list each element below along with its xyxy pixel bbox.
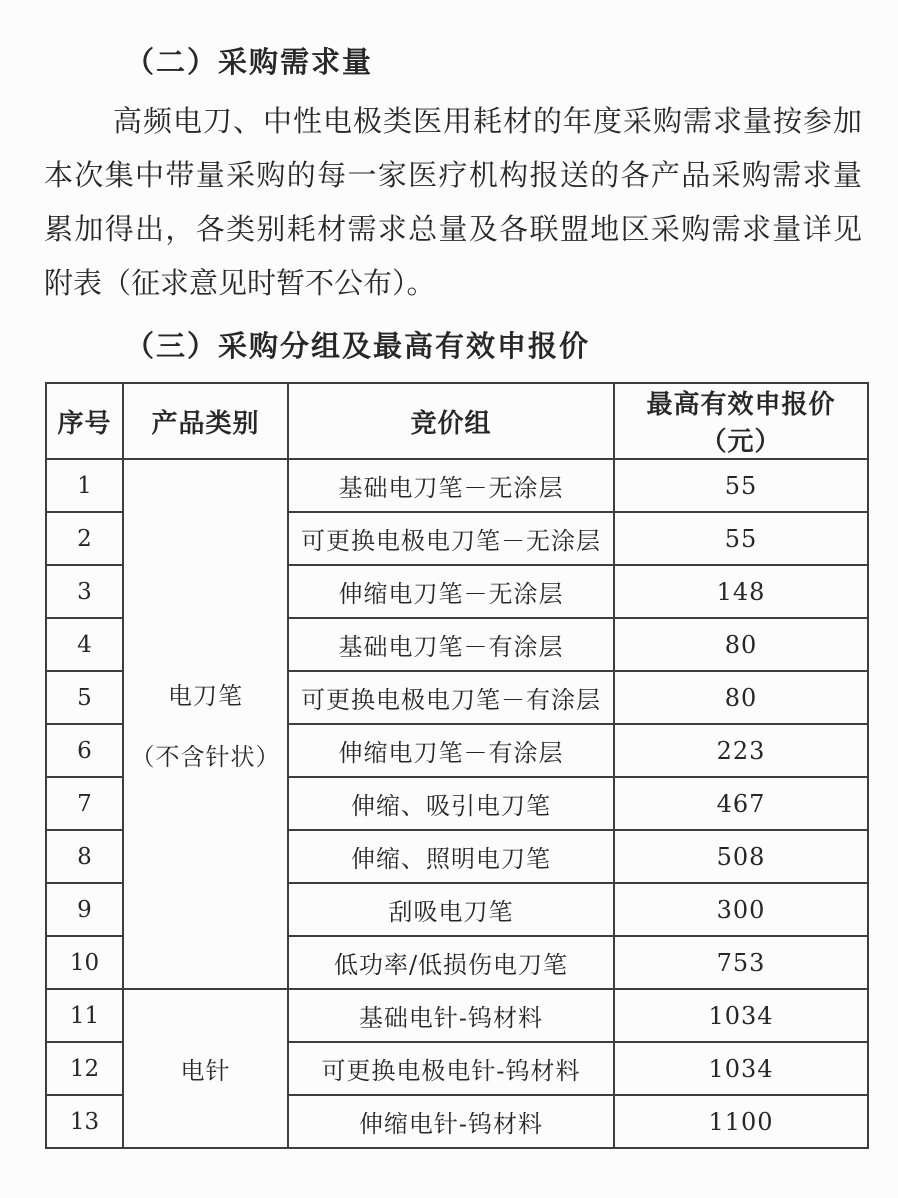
bidding-group-cell: 可更换电极电刀笔－无涂层	[288, 512, 614, 565]
bidding-group-cell: 可更换电极电刀笔－有涂层	[288, 671, 614, 724]
col-header-index: 序号	[46, 383, 123, 459]
row-index-cell: 4	[46, 618, 123, 671]
price-cell: 753	[614, 936, 868, 989]
price-cell: 55	[614, 512, 868, 565]
demand-paragraph: 高频电刀、中性电极类医用耗材的年度采购需求量按参加 本次集中带量采购的每一家医疗…	[44, 94, 862, 310]
price-cell: 80	[614, 671, 868, 724]
category-sublabel: （不含针状）	[124, 737, 287, 772]
row-index-cell: 5	[46, 671, 123, 724]
procurement-table: 序号 产品类别 竞价组 最高有效申报价（元） 1电刀笔（不含针状）基础电刀笔－无…	[45, 382, 869, 1149]
col-header-group: 竞价组	[288, 383, 614, 459]
paragraph-line: 附表（征求意见时暂不公布）。	[44, 256, 862, 310]
bidding-group-cell: 刮吸电刀笔	[288, 883, 614, 936]
price-cell: 55	[614, 459, 868, 512]
price-cell: 148	[614, 565, 868, 618]
price-cell: 1034	[614, 1042, 868, 1095]
price-cell: 223	[614, 724, 868, 777]
bidding-group-cell: 基础电针-钨材料	[288, 989, 614, 1042]
bidding-group-cell: 基础电刀笔－有涂层	[288, 618, 614, 671]
bidding-group-cell: 伸缩电针-钨材料	[288, 1095, 614, 1148]
row-index-cell: 9	[46, 883, 123, 936]
row-index-cell: 3	[46, 565, 123, 618]
col-header-price: 最高有效申报价（元）	[614, 383, 868, 459]
bidding-group-cell: 伸缩、吸引电刀笔	[288, 777, 614, 830]
bidding-group-cell: 伸缩电刀笔－有涂层	[288, 724, 614, 777]
paragraph-line: 本次集中带量采购的每一家医疗机构报送的各产品采购需求量	[44, 148, 862, 202]
table-body: 1电刀笔（不含针状）基础电刀笔－无涂层552可更换电极电刀笔－无涂层553伸缩电…	[46, 459, 868, 1148]
table-row: 1电刀笔（不含针状）基础电刀笔－无涂层55	[46, 459, 868, 512]
category-label: 电针	[124, 1051, 287, 1086]
price-cell: 1100	[614, 1095, 868, 1148]
row-index-cell: 10	[46, 936, 123, 989]
table-header-row: 序号 产品类别 竞价组 最高有效申报价（元）	[46, 383, 868, 459]
row-index-cell: 1	[46, 459, 123, 512]
category-label: 电刀笔	[124, 676, 287, 711]
paragraph-line: 累加得出，各类别耗材需求总量及各联盟地区采购需求量详见	[44, 202, 862, 256]
price-cell: 508	[614, 830, 868, 883]
bidding-group-cell: 可更换电极电针-钨材料	[288, 1042, 614, 1095]
paragraph-line: 高频电刀、中性电极类医用耗材的年度采购需求量按参加	[44, 94, 862, 148]
category-cell: 电刀笔（不含针状）	[123, 459, 288, 989]
document-page: （二）采购需求量 高频电刀、中性电极类医用耗材的年度采购需求量按参加 本次集中带…	[0, 0, 898, 1149]
row-index-cell: 12	[46, 1042, 123, 1095]
col-header-category: 产品类别	[123, 383, 288, 459]
bidding-group-cell: 伸缩、照明电刀笔	[288, 830, 614, 883]
price-cell: 467	[614, 777, 868, 830]
bidding-group-cell: 基础电刀笔－无涂层	[288, 459, 614, 512]
table-row: 11电针基础电针-钨材料1034	[46, 989, 868, 1042]
row-index-cell: 11	[46, 989, 123, 1042]
bidding-group-cell: 低功率/低损伤电刀笔	[288, 936, 614, 989]
price-cell: 1034	[614, 989, 868, 1042]
section-heading-demand: （二）采购需求量	[44, 42, 862, 82]
row-index-cell: 2	[46, 512, 123, 565]
section-heading-grouping: （三）采购分组及最高有效申报价	[44, 326, 862, 366]
bidding-group-cell: 伸缩电刀笔－无涂层	[288, 565, 614, 618]
category-cell: 电针	[123, 989, 288, 1148]
row-index-cell: 6	[46, 724, 123, 777]
price-cell: 300	[614, 883, 868, 936]
row-index-cell: 13	[46, 1095, 123, 1148]
price-cell: 80	[614, 618, 868, 671]
row-index-cell: 8	[46, 830, 123, 883]
row-index-cell: 7	[46, 777, 123, 830]
